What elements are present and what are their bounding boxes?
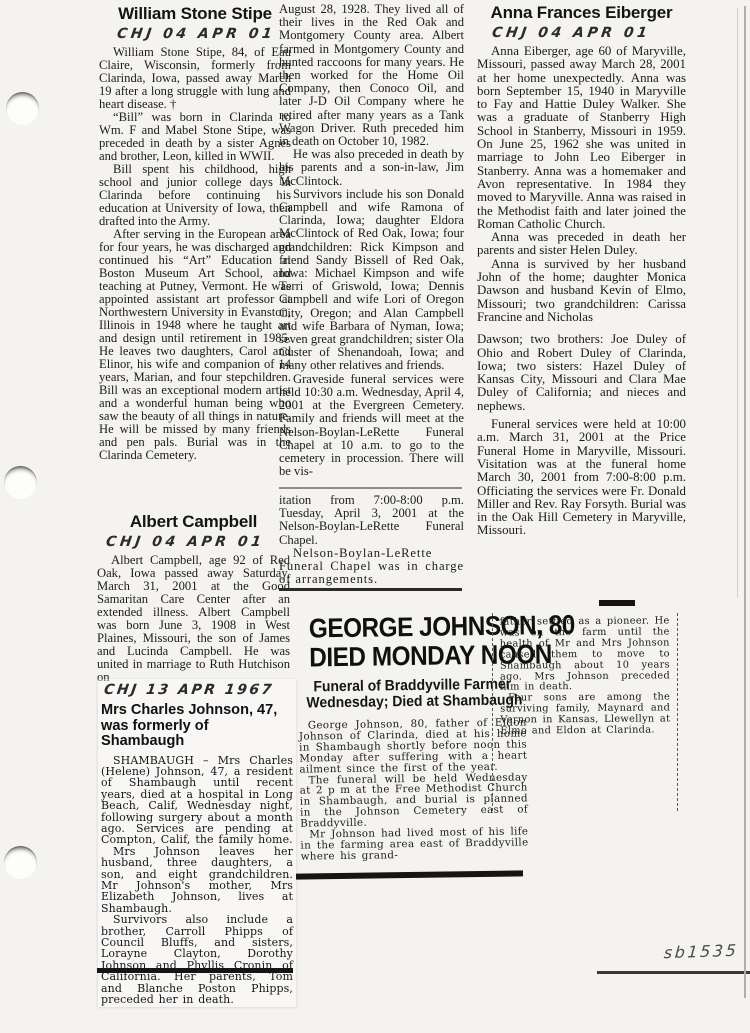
article-paragraph: The funeral will be held Wednesday at 2 … <box>300 772 529 830</box>
clipping-edge-rule <box>296 870 523 879</box>
obituary-title: William Stone Stipe <box>99 4 291 24</box>
article-george-johnson-continuation: father settled as a pioneer. He was on t… <box>500 616 671 737</box>
obituary-paragraph: Anna was preceded in death her parents a… <box>477 231 686 258</box>
obituary-paragraph: August 28, 1928. They lived all of their… <box>279 3 464 148</box>
obituary-anna-frances-eiberger: Anna Frances Eiberger CHJ 04 APR 01 Anna… <box>477 3 686 538</box>
article-subhead: Funeral of Braddyville Farmer Wednesday;… <box>306 677 518 712</box>
article-subhead-line2: Wednesday; Died at Shambaugh <box>306 693 518 712</box>
obituary-title: Mrs Charles Johnson, 47, was formerly of… <box>101 702 287 749</box>
obituary-title-line2: was formerly of Shambaugh <box>101 718 287 749</box>
handwritten-annotation: sb1535 <box>663 941 739 963</box>
article-paragraph: Mr Johnson had lived most of his life in… <box>300 826 528 862</box>
handwritten-date-note: CHJ 04 APR 01 <box>491 25 688 41</box>
obituary-paragraph: Survivors include his son Donald Campbel… <box>279 188 464 373</box>
obituary-paragraph: “Bill” was born in Clarinda to Wm. F and… <box>99 111 291 163</box>
obituary-paragraph: Mrs Johnson leaves her husband, three da… <box>101 846 293 914</box>
obituary-campbell-ending: itation from 7:00-8:00 p.m. Tuesday, Apr… <box>279 494 464 586</box>
article-headline: GEORGE JOHNSON, 80 DIED MONDAY NOON <box>309 612 515 673</box>
obituary-paragraph: SHAMBAUGH – Mrs Charles (Helene) Johnson… <box>101 755 293 846</box>
article-paragraph: George Johnson, 80, father of Eldon John… <box>299 717 528 775</box>
obituary-paragraph: Graveside funeral services were held 10:… <box>279 373 464 479</box>
obituary-paragraph: William Stone Stipe, 84, of Eau Claire, … <box>99 46 291 111</box>
obituary-paragraph: Bill spent his childhood, high school an… <box>99 163 291 228</box>
obituary-title-line1: Mrs Charles Johnson, 47, <box>101 702 287 718</box>
obituary-paragraph: itation from 7:00-8:00 p.m. Tuesday, Apr… <box>279 494 464 547</box>
obituary-albert-campbell: Albert Campbell CHJ 04 APR 01 Albert Cam… <box>97 512 290 684</box>
obituary-paragraph: Funeral services were held at 10:00 a.m.… <box>477 418 686 538</box>
column-divider-rule <box>677 613 678 811</box>
obituary-title: Anna Frances Eiberger <box>477 3 686 23</box>
punch-hole <box>6 92 39 125</box>
column-divider-rule <box>492 613 493 811</box>
obituary-title: Albert Campbell <box>97 512 290 532</box>
obituary-william-stone-stipe: William Stone Stipe CHJ 04 APR 01 Willia… <box>99 4 291 462</box>
obituary-paragraph: Anna is survived by her husband John of … <box>477 258 686 324</box>
obituary-paragraph: Albert Campbell, age 92 of Red Oak, Iowa… <box>97 554 290 684</box>
obituary-mrs-charles-johnson: CHJ 13 APR 1967 Mrs Charles Johnson, 47,… <box>98 679 296 1007</box>
obituary-paragraph: After serving in the European area for f… <box>99 228 291 462</box>
article-headline-line1: GEORGE JOHNSON, 80 <box>309 612 515 644</box>
article-headline-line2: DIED MONDAY NOON <box>309 641 515 673</box>
obituary-paragraph: Survivors also include a brother, Carrol… <box>101 914 293 1005</box>
punch-hole <box>4 466 37 499</box>
article-george-johnson: GEORGE JOHNSON, 80 DIED MONDAY NOON Fune… <box>294 611 531 862</box>
clipping-edge-rule <box>599 600 635 606</box>
handwritten-date-note: CHJ 04 APR 01 <box>99 26 293 42</box>
obituary-campbell-continuation: August 28, 1928. They lived all of their… <box>279 3 464 478</box>
scanned-page: William Stone Stipe CHJ 04 APR 01 Willia… <box>0 0 750 1033</box>
obituary-paragraph: Nelson-Boylan-LeRette Funeral Chapel was… <box>279 547 464 587</box>
clipping-edge-rule <box>279 487 462 489</box>
obituary-paragraph: He was also preceded in death by his par… <box>279 148 464 188</box>
obituary-paragraph: Anna Eiberger, age 60 of Maryville, Miss… <box>477 45 686 231</box>
clipping-edge-rule <box>97 968 293 973</box>
punch-hole <box>4 846 37 879</box>
obituary-paragraph: Dawson; two brothers: Joe Duley of Ohio … <box>477 333 686 413</box>
handwritten-date-note: CHJ 04 APR 01 <box>105 534 292 550</box>
clipping-edge-rule <box>597 971 750 974</box>
article-paragraph: father settled as a pioneer. He was on t… <box>500 616 671 694</box>
handwritten-date-note: CHJ 13 APR 1967 <box>103 682 295 698</box>
clipping-edge-rule <box>737 8 738 598</box>
clipping-edge-rule <box>279 588 462 591</box>
article-paragraph: Four sons are among the surviving family… <box>500 693 670 738</box>
scan-edge-line <box>744 6 746 998</box>
